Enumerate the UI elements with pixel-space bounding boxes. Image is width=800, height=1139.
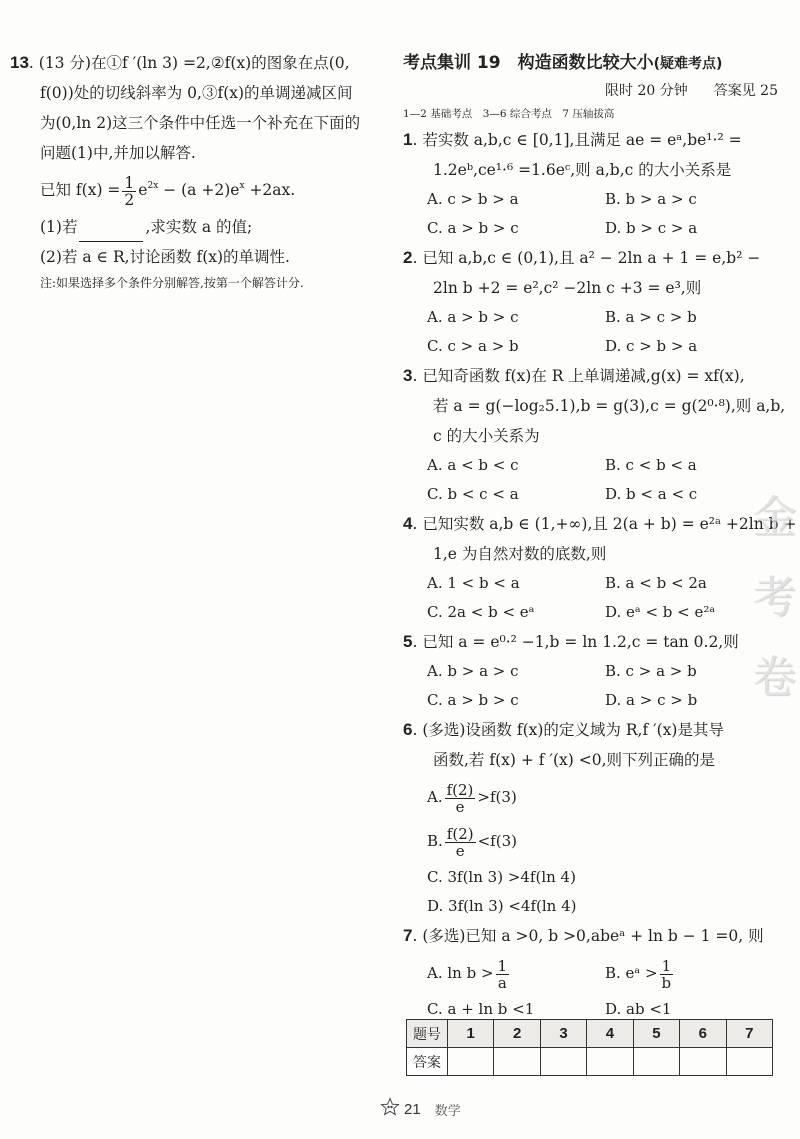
question-5: 5. 已知 a = e⁰·² −1,b = ln 1.2,c = tan 0.2…	[403, 627, 778, 715]
option-c[interactable]: C. a > b > c	[427, 214, 605, 243]
given-term: +2ax.	[245, 181, 296, 199]
fraction: 1a	[496, 958, 510, 991]
question-text: 1.2eᵇ,ce¹·⁶ =1.6eᶜ,则 a,b,c 的大小关系是	[403, 155, 778, 185]
given-prefix: 已知 f(x) =	[40, 181, 120, 199]
right-column: 考点集训 19 构造函数比较大小(疑难考点) 限时 20 分钟答案见 25 1—…	[403, 48, 778, 1024]
option-label: A.	[427, 788, 443, 806]
options: A. c > b > a B. b > a > c C. a > b > c D…	[403, 185, 778, 243]
question-2: 2. 已知 a,b,c ∈ (0,1),且 a² − 2ln a + 1 = e…	[403, 243, 778, 361]
option-b[interactable]: B. b > a > c	[605, 185, 783, 214]
answer-table-answer-row: 答案	[407, 1048, 773, 1076]
option-a[interactable]: A. a < b < c	[427, 451, 605, 480]
left-column: 13. (13 分)在①f ′(ln 3) =2,②f(x)的图象在点(0, f…	[10, 48, 390, 294]
option-label: A. ln b >	[427, 964, 494, 982]
exponent: 2x	[147, 181, 158, 191]
option-text: <f(3)	[478, 832, 517, 850]
fraction-denominator: e	[445, 843, 476, 859]
part-1: (1)若,求实数 a 的值;	[10, 212, 390, 242]
time-limit: 限时 20 分钟	[605, 83, 688, 99]
question-text: . 已知奇函数 f(x)在 R 上单调递减,g(x) = xf(x),	[412, 367, 744, 385]
question-number-cell: 4	[587, 1020, 633, 1048]
question-text: 2ln b +2 = e²,c² −2ln c +3 = e³,则	[403, 273, 778, 303]
part-1-label: (1)若	[40, 218, 77, 236]
watermark: 金 考 卷	[752, 478, 797, 718]
question-number-cell: 3	[540, 1020, 586, 1048]
question-number-cell: 7	[726, 1020, 772, 1048]
question-text: . 已知 a = e⁰·² −1,b = ln 1.2,c = tan 0.2,…	[412, 633, 738, 651]
answer-table-header-row: 题号 1 2 3 4 5 6 7	[407, 1020, 773, 1048]
question-text: f(0))处的切线斜率为 0,③f(x)的单调递减区间	[10, 78, 390, 108]
option-a[interactable]: A. c > b > a	[427, 185, 605, 214]
question-4: 4. 已知实数 a,b ∈ (1,+∞),且 2(a + b) = e²ᵃ +2…	[403, 509, 778, 627]
options: A. ln b >1a B. eᵃ >1b	[403, 951, 778, 995]
note: 注:如果选择多个条件分别解答,按第一个解答计分.	[10, 272, 390, 294]
option-c[interactable]: C. 3f(ln 3) >4f(ln 4)	[427, 863, 783, 892]
option-label: B. eᵃ >	[605, 964, 658, 982]
title-text: 考点集训 19 构造函数比较大小	[403, 53, 654, 73]
watermark-char: 卷	[752, 638, 797, 718]
fraction-denominator: 2	[122, 192, 136, 208]
option-a[interactable]: A. ln b >1a	[427, 951, 605, 995]
question-number-cell: 6	[680, 1020, 726, 1048]
answer-cell[interactable]	[540, 1048, 586, 1076]
question-text: . 已知 a,b,c ∈ (0,1),且 a² − 2ln a + 1 = e,…	[412, 249, 760, 267]
option-c[interactable]: C. c > a > b	[427, 332, 605, 361]
question-text: 1,e 为自然对数的底数,则	[403, 539, 778, 569]
question-text: . (多选)已知 a >0, b >0,abeᵃ + ln b − 1 =0, …	[412, 927, 763, 945]
question-text: . 若实数 a,b,c ∈ [0,1],且满足 ae = eᵃ,be¹·² =	[412, 131, 741, 149]
options: A. 1 < b < a B. a < b < 2a C. 2a < b < e…	[403, 569, 778, 627]
answer-cell[interactable]	[587, 1048, 633, 1076]
row-label: 答案	[407, 1048, 448, 1076]
question-text: c 的大小关系为	[403, 421, 778, 451]
fraction: 12	[122, 175, 136, 208]
part-2: (2)若 a ∈ R,讨论函数 f(x)的单调性.	[10, 242, 390, 272]
options: C. 3f(ln 3) >4f(ln 4) D. 3f(ln 3) <4f(ln…	[403, 863, 778, 921]
option-c[interactable]: C. a > b > c	[427, 686, 605, 715]
fraction-denominator: a	[496, 975, 510, 991]
answer-cell[interactable]	[494, 1048, 540, 1076]
fill-in-blank[interactable]	[79, 223, 143, 242]
watermark-char: 金	[752, 478, 797, 558]
fraction-denominator: b	[660, 975, 674, 991]
option-b[interactable]: B. c < b < a	[605, 451, 783, 480]
fraction-denominator: e	[445, 799, 476, 815]
question-text: . 已知实数 a,b ∈ (1,+∞),且 2(a + b) = e²ᵃ +2l…	[412, 515, 796, 533]
options: A. a < b < c B. c < b < a C. b < c < a D…	[403, 451, 778, 509]
section-title: 考点集训 19 构造函数比较大小(疑难考点)	[403, 48, 778, 79]
given-function: 已知 f(x) =12e2x − (a +2)ex +2ax.	[10, 168, 390, 212]
option-b[interactable]: B.f(2)e<f(3)	[427, 819, 783, 863]
options: A. a > b > c B. a > c > b C. c > a > b D…	[403, 303, 778, 361]
question-text: 问题(1)中,并加以解答.	[10, 138, 390, 168]
option-a[interactable]: A. 1 < b < a	[427, 569, 605, 598]
answer-table: 题号 1 2 3 4 5 6 7 答案	[406, 1019, 773, 1076]
option-a[interactable]: A. b > a > c	[427, 657, 605, 686]
question-text: . (多选)设函数 f(x)的定义域为 R,f ′(x)是其导	[412, 721, 724, 739]
option-c[interactable]: C. b < c < a	[427, 480, 605, 509]
option-label: B.	[427, 832, 443, 850]
question-text: 为(0,ln 2)这三个条件中任选一个补充在下面的	[10, 108, 390, 138]
fraction-numerator: 1	[122, 175, 136, 192]
difficulty-levels: 1—2 基础考点 3—6 综合考点 7 压轴拔高	[403, 103, 778, 125]
header-label: 题号	[407, 1020, 448, 1048]
option-d[interactable]: D. b > c > a	[605, 214, 783, 243]
option-d[interactable]: D. 3f(ln 3) <4f(ln 4)	[427, 892, 783, 921]
option-a[interactable]: A.f(2)e>f(3)	[427, 775, 783, 819]
option-b[interactable]: B. eᵃ >1b	[605, 951, 783, 995]
option-d[interactable]: D. c > b > a	[605, 332, 783, 361]
options: A. b > a > c B. c > a > b C. a > b > c D…	[403, 657, 778, 715]
question-13: 13. (13 分)在①f ′(ln 3) =2,②f(x)的图象在点(0, f…	[10, 48, 390, 294]
question-number-cell: 2	[494, 1020, 540, 1048]
question-number-cell: 5	[633, 1020, 679, 1048]
fraction-numerator: f(2)	[445, 826, 476, 843]
fraction-numerator: 1	[660, 958, 674, 975]
watermark-char: 考	[752, 558, 797, 638]
fraction-numerator: f(2)	[445, 782, 476, 799]
fraction: f(2)e	[445, 782, 476, 815]
answer-cell[interactable]	[448, 1048, 494, 1076]
question-6: 6. (多选)设函数 f(x)的定义域为 R,f ′(x)是其导 函数,若 f(…	[403, 715, 778, 921]
options: A.f(2)e>f(3) B.f(2)e<f(3)	[403, 775, 778, 863]
page-number: 21	[404, 1101, 421, 1118]
question-number: 13	[10, 53, 29, 72]
answer-cell[interactable]	[726, 1048, 772, 1076]
question-text: 若 a = g(−log₂5.1),b = g(3),c = g(2⁰·⁸),则…	[403, 391, 778, 421]
fraction-numerator: 1	[496, 958, 510, 975]
answer-reference: 答案见 25	[714, 83, 778, 99]
page-footer: 21 数学	[380, 1097, 461, 1121]
answer-cell[interactable]	[680, 1048, 726, 1076]
question-1: 1. 若实数 a,b,c ∈ [0,1],且满足 ae = eᵃ,be¹·² =…	[403, 125, 778, 243]
option-c[interactable]: C. 2a < b < eᵃ	[427, 598, 605, 627]
star-badge-icon	[380, 1097, 400, 1121]
fraction: f(2)e	[445, 826, 476, 859]
question-3: 3. 已知奇函数 f(x)在 R 上单调递减,g(x) = xf(x), 若 a…	[403, 361, 778, 509]
given-term: − (a +2)e	[158, 181, 239, 199]
answer-cell[interactable]	[633, 1048, 679, 1076]
title-tag: (疑难考点)	[654, 56, 723, 72]
option-a[interactable]: A. a > b > c	[427, 303, 605, 332]
option-b[interactable]: B. a > c > b	[605, 303, 783, 332]
part-1-text: ,求实数 a 的值;	[145, 218, 252, 236]
question-text: . (13 分)在①f ′(ln 3) =2,②f(x)的图象在点(0,	[29, 54, 350, 72]
question-number-cell: 1	[448, 1020, 494, 1048]
subject-label: 数学	[435, 1100, 461, 1119]
section-meta: 限时 20 分钟答案见 25	[403, 79, 778, 103]
option-text: >f(3)	[477, 788, 516, 806]
fraction: 1b	[660, 958, 674, 991]
question-7: 7. (多选)已知 a >0, b >0,abeᵃ + ln b − 1 =0,…	[403, 921, 778, 1024]
question-text: 函数,若 f(x) + f ′(x) <0,则下列正确的是	[403, 745, 778, 775]
